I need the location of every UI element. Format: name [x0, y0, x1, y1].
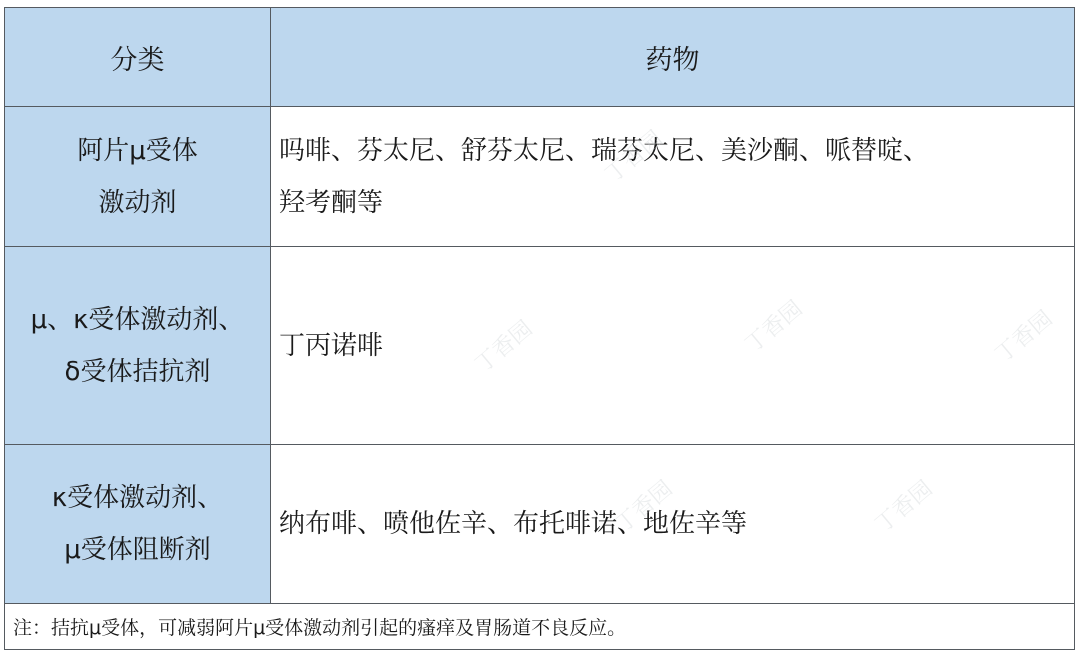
table-row: 阿片μ受体 激动剂 吗啡、芬太尼、舒芬太尼、瑞芬太尼、美沙酮、哌替啶、 羟考酮等 [5, 107, 1075, 247]
header-category: 分类 [5, 8, 271, 107]
table-note: 注：拮抗μ受体，可减弱阿片μ受体激动剂引起的瘙痒及胃肠道不良反应。 [5, 604, 1075, 650]
table-row: κ受体激动剂、 μ受体阻断剂 纳布啡、喷他佐辛、布托啡诺、地佐辛等 [5, 445, 1075, 604]
header-drugs: 药物 [271, 8, 1075, 107]
table-row: μ、κ受体激动剂、 δ受体拮抗剂 丁丙诺啡 [5, 247, 1075, 445]
table-header-row: 分类 药物 [5, 8, 1075, 107]
drugs-cell: 吗啡、芬太尼、舒芬太尼、瑞芬太尼、美沙酮、哌替啶、 羟考酮等 [271, 107, 1075, 247]
drugs-cell: 丁丙诺啡 [271, 247, 1075, 445]
table-note-row: 注：拮抗μ受体，可减弱阿片μ受体激动剂引起的瘙痒及胃肠道不良反应。 [5, 604, 1075, 650]
drug-classification-table: 分类 药物 阿片μ受体 激动剂 吗啡、芬太尼、舒芬太尼、瑞芬太尼、美沙酮、哌替啶… [4, 7, 1075, 650]
category-cell: κ受体激动剂、 μ受体阻断剂 [5, 445, 271, 604]
category-cell: μ、κ受体激动剂、 δ受体拮抗剂 [5, 247, 271, 445]
category-cell: 阿片μ受体 激动剂 [5, 107, 271, 247]
drugs-cell: 纳布啡、喷他佐辛、布托啡诺、地佐辛等 [271, 445, 1075, 604]
